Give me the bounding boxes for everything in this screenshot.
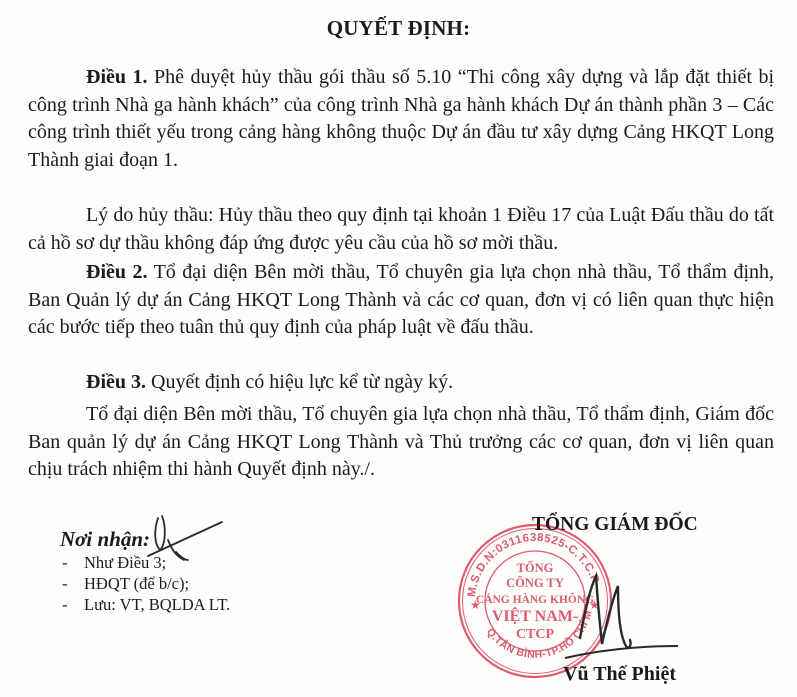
document-title: QUYẾT ĐỊNH: — [0, 16, 797, 41]
article-1-label: Điều 1. — [86, 66, 148, 88]
stamp-line-4: VIỆT NAM- — [492, 607, 578, 625]
signatory-position: TỔNG GIÁM ĐỐC — [532, 514, 698, 536]
recipients-block: Nơi nhận: Như Điều 3; HĐQT (để b/c); Lưu… — [60, 527, 230, 615]
execution-clause-text: Tổ đại diện Bên mời thầu, Tổ chuyên gia … — [28, 403, 774, 480]
cancellation-reason: Lý do hủy thầu: Hủy thầu theo quy định t… — [28, 202, 774, 257]
article-3-label: Điều 3. — [86, 371, 146, 393]
article-2: Điều 2. Tổ đại diện Bên mời thầu, Tổ chu… — [28, 259, 774, 342]
article-3-text: Quyết định có hiệu lực kể từ ngày ký. — [146, 371, 453, 393]
cancellation-reason-text: Lý do hủy thầu: Hủy thầu theo quy định t… — [28, 204, 774, 254]
recipients-list: Như Điều 3; HĐQT (để b/c); Lưu: VT, BQLD… — [60, 552, 230, 615]
recipients-heading: Nơi nhận: — [60, 527, 230, 552]
article-3: Điều 3. Quyết định có hiệu lực kể từ ngà… — [28, 369, 774, 397]
stamp-line-3: CẢNG HÀNG KHÔNG — [476, 592, 594, 606]
execution-clause: Tổ đại diện Bên mời thầu, Tổ chuyên gia … — [28, 401, 774, 484]
decision-document: QUYẾT ĐỊNH: Điều 1. Phê duyệt hủy thầu g… — [0, 0, 797, 697]
article-1: Điều 1. Phê duyệt hủy thầu gói thầu số 5… — [28, 64, 774, 174]
recipient-item: HĐQT (để b/c); — [60, 573, 230, 594]
recipient-item: Lưu: VT, BQLDA LT. — [60, 594, 230, 615]
stamp-line-1: TỔNG — [517, 560, 554, 575]
stamp-line-5: CTCP — [516, 627, 555, 642]
stamp-line-2: CÔNG TY — [506, 576, 564, 590]
company-seal-stamp: M.S.D.N:0311638525-C.T.C.P. Q.TÂN BÌNH-T… — [457, 523, 613, 679]
article-2-label: Điều 2. — [86, 261, 147, 283]
signatory-name: Vũ Thế Phiệt — [563, 663, 676, 686]
recipient-item: Như Điều 3; — [60, 552, 230, 573]
